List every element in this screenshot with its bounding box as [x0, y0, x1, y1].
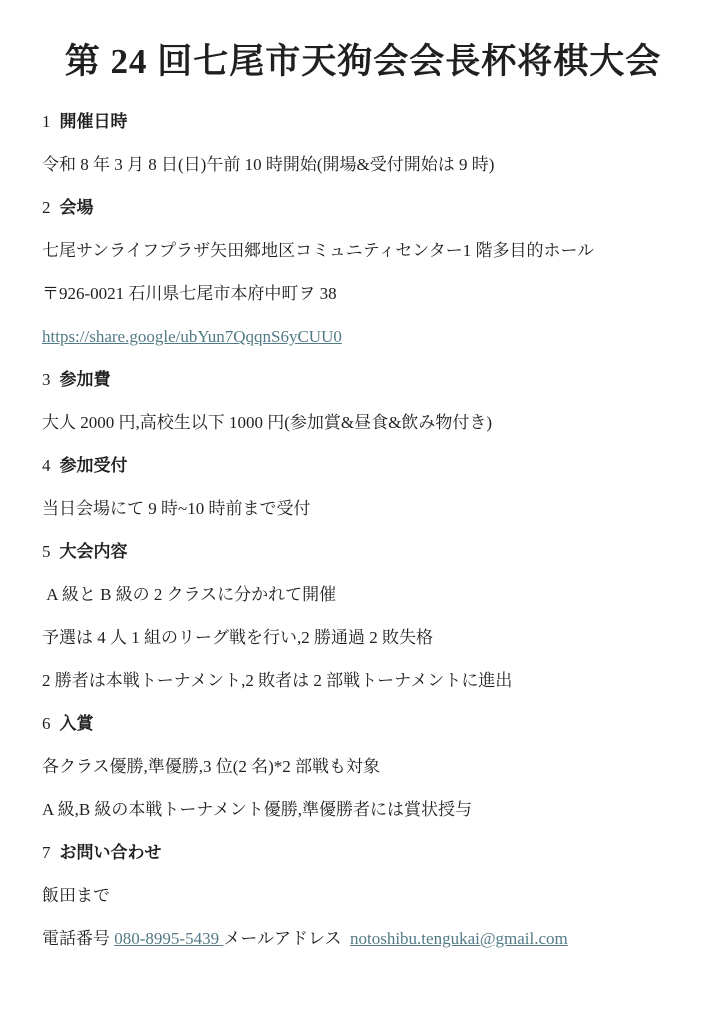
paragraph-certificates: A 級,B 級の本戦トーナメント優勝,準優勝者には賞状授与	[42, 800, 684, 819]
heading-text: 参加費	[60, 370, 111, 389]
section-heading-kaisai-nichiji: 1開催日時	[42, 112, 684, 131]
heading-text: 開催日時	[60, 112, 128, 131]
paragraph-tournament: 2 勝者は本戦トーナメント,2 敗者は 2 部戦トーナメントに進出	[42, 671, 684, 690]
paragraph-venue-address: 〒926-0021 石川県七尾市本府中町ヲ 38	[42, 284, 684, 303]
paragraph-classes: A 級と B 級の 2 クラスに分かれて開催	[42, 585, 684, 604]
section-heading-otoiawase: 7お問い合わせ	[42, 843, 684, 862]
paragraph-reception: 当日会場にて 9 時~10 時前まで受付	[42, 499, 684, 518]
phone-label: 電話番号	[42, 929, 114, 948]
section-heading-kaijo: 2会場	[42, 198, 684, 217]
heading-text: 入賞	[60, 714, 94, 733]
paragraph-datetime: 令和 8 年 3 月 8 日(日)午前 10 時開始(開場&受付開始は 9 時)	[42, 155, 684, 174]
paragraph-map-link-line: https://share.google/ubYun7QqqnS6yCUU0	[42, 327, 684, 346]
heading-number: 7	[42, 843, 51, 862]
document-page: 第 24 回七尾市天狗会会長杯将棋大会 1開催日時 令和 8 年 3 月 8 日…	[0, 0, 724, 1024]
section-heading-nyusho: 6入賞	[42, 714, 684, 733]
heading-number: 1	[42, 112, 51, 131]
section-heading-taikai-naiyo: 5大会内容	[42, 542, 684, 561]
email-link[interactable]: notoshibu.tengukai@gmail.com	[350, 929, 568, 948]
heading-text: 大会内容	[60, 542, 128, 561]
heading-text: お問い合わせ	[60, 843, 162, 862]
heading-text: 参加受付	[60, 456, 128, 475]
paragraph-fee: 大人 2000 円,高校生以下 1000 円(参加賞&昼食&飲み物付き)	[42, 413, 684, 432]
phone-link[interactable]: 080-8995-5439	[114, 929, 223, 948]
heading-number: 5	[42, 542, 51, 561]
heading-number: 2	[42, 198, 51, 217]
map-link[interactable]: https://share.google/ubYun7QqqnS6yCUU0	[42, 327, 342, 346]
page-title: 第 24 回七尾市天狗会会長杯将棋大会	[42, 38, 684, 86]
paragraph-prizes: 各クラス優勝,準優勝,3 位(2 名)*2 部戦も対象	[42, 757, 684, 776]
section-heading-sankahi: 3参加費	[42, 370, 684, 389]
email-label: メールアドレス	[223, 929, 350, 948]
section-heading-sanka-uketsuke: 4参加受付	[42, 456, 684, 475]
paragraph-contact-person: 飯田まで	[42, 886, 684, 905]
heading-number: 6	[42, 714, 51, 733]
heading-number: 3	[42, 370, 51, 389]
paragraph-venue-name: 七尾サンライフプラザ矢田郷地区コミュニティセンター1 階多目的ホール	[42, 241, 684, 260]
heading-text: 会場	[60, 198, 94, 217]
contact-line: 電話番号 080-8995-5439 メールアドレス notoshibu.ten…	[42, 929, 684, 948]
paragraph-qualifier: 予選は 4 人 1 組のリーグ戦を行い,2 勝通過 2 敗失格	[42, 628, 684, 647]
heading-number: 4	[42, 456, 51, 475]
